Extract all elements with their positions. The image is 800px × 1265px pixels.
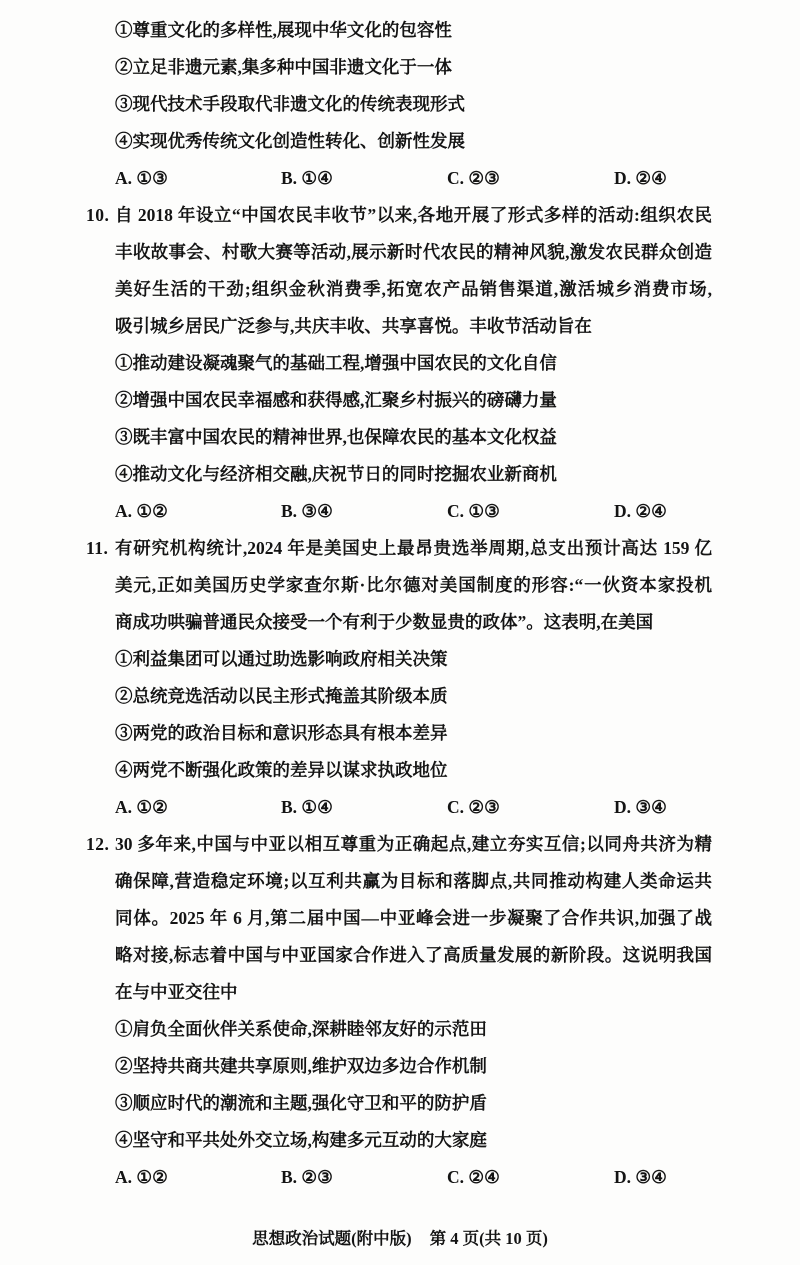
option-line: ②坚持共商共建共享原则,维护双边多边合作机制	[115, 1048, 712, 1085]
choices-row: A. ①② B. ①④ C. ②③ D. ③④	[115, 789, 712, 826]
option-line: ②立足非遗元素,集多种中国非遗文化于一体	[115, 49, 712, 86]
choices-row: A. ①② B. ②③ C. ②④ D. ③④	[115, 1159, 712, 1196]
choice-d: D. ③④	[614, 789, 712, 826]
choice-c: C. ②④	[447, 1159, 614, 1196]
choice-b: B. ①④	[281, 160, 447, 197]
page-footer: 思想政治试题(附中版)第 4 页(共 10 页)	[0, 1225, 800, 1249]
option-line: ③既丰富中国农民的精神世界,也保障农民的基本文化权益	[115, 419, 712, 456]
choice-d: D. ②④	[614, 493, 712, 530]
choice-a: A. ①②	[115, 789, 281, 826]
stem-line: 吸引城乡居民广泛参与,共庆丰收、共享喜悦。丰收节活动旨在	[115, 308, 712, 345]
option-line: ③现代技术手段取代非遗文化的传统表现形式	[115, 86, 712, 123]
stem-line: 同体。2025 年 6 月,第二届中国—中亚峰会进一步凝聚了合作共识,加强了战	[115, 900, 712, 937]
stem-line: 略对接,标志着中国与中亚国家合作进入了高质量发展的新阶段。这说明我国	[115, 937, 712, 974]
choices-row: A. ①② B. ③④ C. ①③ D. ②④	[115, 493, 712, 530]
option-line: ①肩负全面伙伴关系使命,深耕睦邻友好的示范田	[115, 1011, 712, 1048]
choice-a: A. ①②	[115, 1159, 281, 1196]
stem-line: 10.自 2018 年设立“中国农民丰收节”以来,各地开展了形式多样的活动:组织…	[115, 197, 712, 234]
option-line: ④推动文化与经济相交融,庆祝节日的同时挖掘农业新商机	[115, 456, 712, 493]
stem-line: 11.有研究机构统计,2024 年是美国史上最昂贵选举周期,总支出预计高达 15…	[115, 530, 712, 567]
option-line: ④两党不断强化政策的差异以谋求执政地位	[115, 752, 712, 789]
option-line: ②增强中国农民幸福感和获得感,汇聚乡村振兴的磅礴力量	[115, 382, 712, 419]
option-line: ①利益集团可以通过助选影响政府相关决策	[115, 641, 712, 678]
stem-line: 美好生活的干劲;组织金秋消费季,拓宽农产品销售渠道,激活城乡消费市场,	[115, 271, 712, 308]
stem-line: 美元,正如美国历史学家查尔斯·比尔德对美国制度的形容:“一伙资本家投机	[115, 567, 712, 604]
page-content: ①尊重文化的多样性,展现中华文化的包容性 ②立足非遗元素,集多种中国非遗文化于一…	[115, 12, 712, 1196]
choice-c: C. ①③	[447, 493, 614, 530]
option-line: ④实现优秀传统文化创造性转化、创新性发展	[115, 123, 712, 160]
choice-d: D. ②④	[614, 160, 712, 197]
stem-line: 12.30 多年来,中国与中亚以相互尊重为正确起点,建立夯实互信;以同舟共济为精	[115, 826, 712, 863]
footer-page-info: 第 4 页(共 10 页)	[430, 1225, 548, 1249]
option-line: ③顺应时代的潮流和主题,强化守卫和平的防护盾	[115, 1085, 712, 1122]
choice-c: C. ②③	[447, 160, 614, 197]
choice-d: D. ③④	[614, 1159, 712, 1196]
stem-line: 在与中亚交往中	[115, 974, 712, 1011]
stem-text: 自 2018 年设立“中国农民丰收节”以来,各地开展了形式多样的活动:组织农民	[115, 205, 712, 225]
choice-b: B. ③④	[281, 493, 447, 530]
question-10: 10.自 2018 年设立“中国农民丰收节”以来,各地开展了形式多样的活动:组织…	[115, 197, 712, 530]
choice-c: C. ②③	[447, 789, 614, 826]
option-line: ③两党的政治目标和意识形态具有根本差异	[115, 715, 712, 752]
stem-line: 商成功哄骗普通民众接受一个有利于少数显贵的政体”。这表明,在美国	[115, 604, 712, 641]
choice-b: B. ②③	[281, 1159, 447, 1196]
choice-b: B. ①④	[281, 789, 447, 826]
question-partial: ①尊重文化的多样性,展现中华文化的包容性 ②立足非遗元素,集多种中国非遗文化于一…	[115, 12, 712, 197]
question-number: 10.	[86, 197, 109, 234]
question-11: 11.有研究机构统计,2024 年是美国史上最昂贵选举周期,总支出预计高达 15…	[115, 530, 712, 826]
stem-line: 确保障,营造稳定环境;以互利共赢为目标和落脚点,共同推动构建人类命运共	[115, 863, 712, 900]
question-number: 11.	[86, 530, 108, 567]
stem-text: 有研究机构统计,2024 年是美国史上最昂贵选举周期,总支出预计高达 159 亿	[115, 538, 712, 558]
footer-doc-title: 思想政治试题(附中版)	[252, 1225, 412, 1249]
stem-line: 丰收故事会、村歌大赛等活动,展示新时代农民的精神风貌,激发农民群众创造	[115, 234, 712, 271]
choice-a: A. ①③	[115, 160, 281, 197]
choices-row: A. ①③ B. ①④ C. ②③ D. ②④	[115, 160, 712, 197]
question-12: 12.30 多年来,中国与中亚以相互尊重为正确起点,建立夯实互信;以同舟共济为精…	[115, 826, 712, 1196]
option-line: ④坚守和平共处外交立场,构建多元互动的大家庭	[115, 1122, 712, 1159]
choice-a: A. ①②	[115, 493, 281, 530]
exam-paper-page: ①尊重文化的多样性,展现中华文化的包容性 ②立足非遗元素,集多种中国非遗文化于一…	[0, 0, 800, 1265]
option-line: ①推动建设凝魂聚气的基础工程,增强中国农民的文化自信	[115, 345, 712, 382]
question-number: 12.	[86, 826, 109, 863]
option-line: ②总统竞选活动以民主形式掩盖其阶级本质	[115, 678, 712, 715]
stem-text: 30 多年来,中国与中亚以相互尊重为正确起点,建立夯实互信;以同舟共济为精	[115, 834, 712, 854]
option-line: ①尊重文化的多样性,展现中华文化的包容性	[115, 12, 712, 49]
